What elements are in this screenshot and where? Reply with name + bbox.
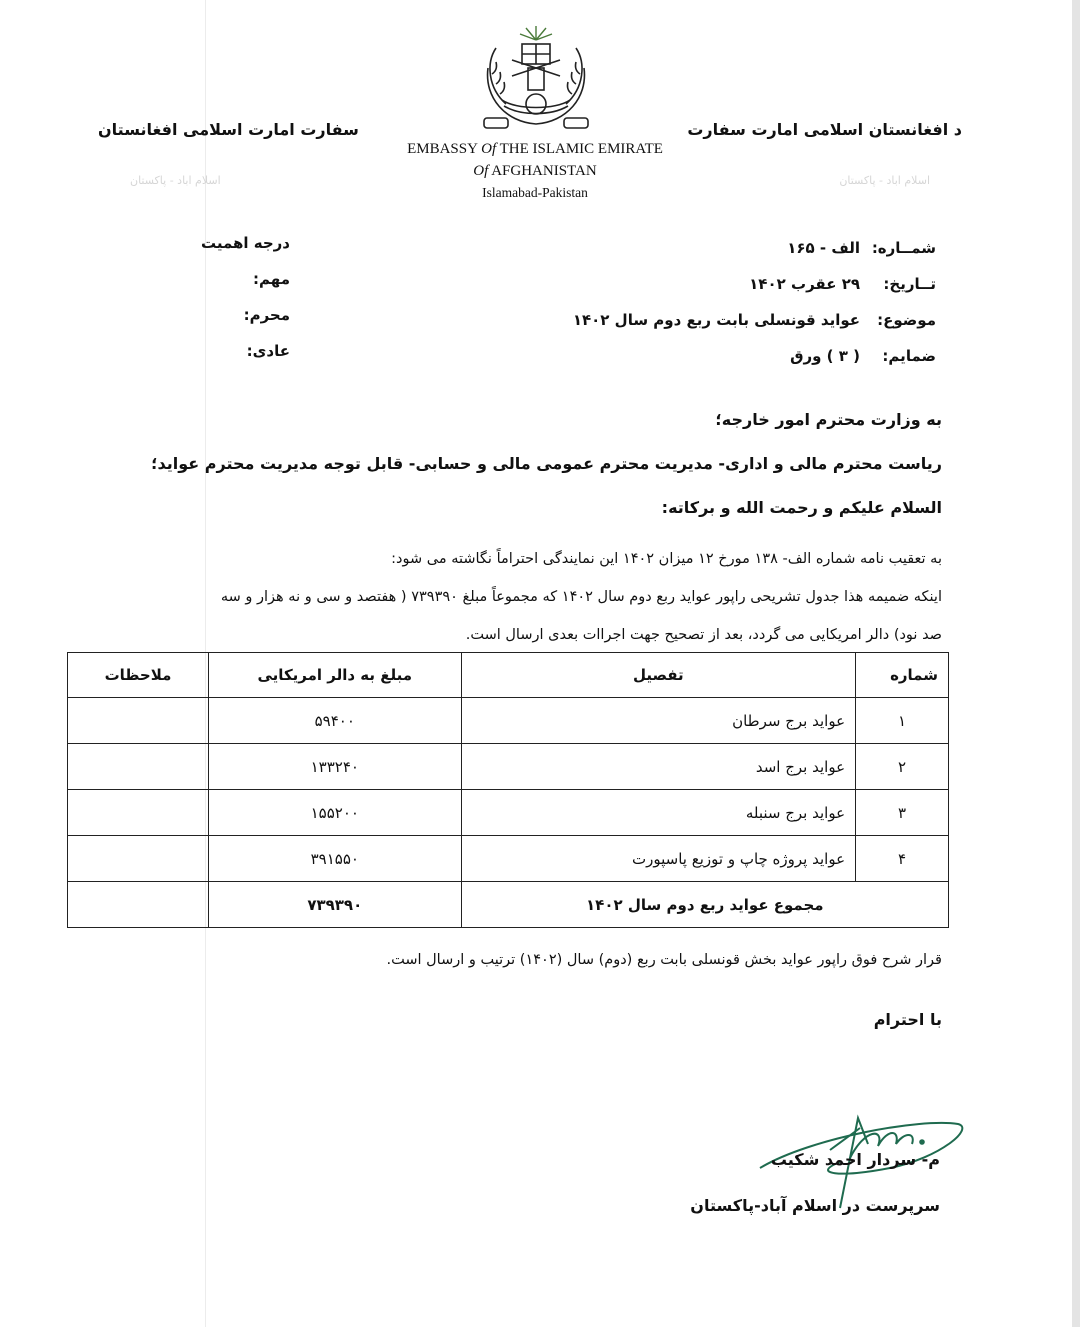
header-remarks: ملاحظات <box>68 653 209 698</box>
signer-role: سرپرست در اسلام آباد-پاکستان <box>690 1196 940 1215</box>
signer-name: م- سردار احمد شکیب <box>771 1150 940 1169</box>
faded-subtitle-right: اسلام اباد - پاکستان <box>839 174 930 187</box>
body-line-2: اینکه ضمیمه هذا جدول تشریحی راپور عواید … <box>92 578 942 616</box>
table-total-row: مجموع عواید ربع دوم سال ۱۴۰۲ ۷۳۹۳۹۰ <box>68 882 949 928</box>
table-row: ۲ عواید برج اسد ۱۳۳۲۴۰ <box>68 744 949 790</box>
letter-meta: شمــاره: الف - ۱۶۵ تــاریخ: ۲۹ عقرب ۱۴۰۲… <box>536 230 936 374</box>
addressee-line: به وزارت محترم امور خارجه؛ <box>122 398 942 442</box>
meta-attachments: ضمایم: ( ۳ ) ورق <box>536 338 936 374</box>
priority-block: درجه اهمیت مهم: محرم: عادی: <box>160 230 290 374</box>
table-row: ۴ عواید پروژه چاپ و توزیع پاسپورت ۳۹۱۵۵۰ <box>68 836 949 882</box>
body-line-1: به تعقیب نامه شماره الف- ۱۳۸ مورخ ۱۲ میز… <box>92 540 942 578</box>
total-amount: ۷۳۹۳۹۰ <box>208 882 461 928</box>
faded-subtitle-left: اسلام اباد - پاکستان <box>130 174 221 187</box>
meta-date: تــاریخ: ۲۹ عقرب ۱۴۰۲ <box>536 266 936 302</box>
closing-text: قرار شرح فوق راپور عواید بخش قونسلی بابت… <box>387 952 943 968</box>
salutation: به وزارت محترم امور خارجه؛ ریاست محترم م… <box>122 398 942 530</box>
revenue-table: شماره تفصیل مبلغ به دالر امریکایی ملاحظا… <box>67 652 949 928</box>
emblem-icon <box>466 18 606 136</box>
priority-normal: عادی: <box>160 338 290 374</box>
header-number: شماره <box>856 653 949 698</box>
body-line-3: صد نود) دالر امریکایی می گردد، بعد از تص… <box>92 616 942 654</box>
header-detail: تفصیل <box>461 653 855 698</box>
letter-body: به تعقیب نامه شماره الف- ۱۳۸ مورخ ۱۲ میز… <box>92 540 942 654</box>
greeting-line: السلام علیکم و رحمت الله و برکاته: <box>122 486 942 530</box>
dari-letterhead-title: سفارت امارت اسلامی افغانستان <box>98 120 359 139</box>
priority-title: درجه اهمیت <box>160 230 290 266</box>
pashto-letterhead-title: د افغانستان اسلامی امارت سفارت <box>687 120 962 139</box>
meta-number: شمــاره: الف - ۱۶۵ <box>536 230 936 266</box>
table-header-row: شماره تفصیل مبلغ به دالر امریکایی ملاحظا… <box>68 653 949 698</box>
english-letterhead: EMBASSY Of THE ISLAMIC EMIRATE Of AFGHAN… <box>360 138 710 204</box>
table-row: ۳ عواید برج سنبله ۱۵۵۲۰۰ <box>68 790 949 836</box>
table-row: ۱ عواید برج سرطان ۵۹۴۰۰ <box>68 698 949 744</box>
meta-subject: موضوع: عواید قونسلی بابت ربع دوم سال ۱۴۰… <box>536 302 936 338</box>
total-label: مجموع عواید ربع دوم سال ۱۴۰۲ <box>461 882 948 928</box>
priority-confidential: محرم: <box>160 302 290 338</box>
page-edge-strip <box>1072 0 1080 1327</box>
priority-important: مهم: <box>160 266 290 302</box>
regards: با احترام <box>874 1010 942 1029</box>
department-line: ریاست محترم مالی و اداری- مدیریت محترم ع… <box>122 442 942 486</box>
header-amount: مبلغ به دالر امریکایی <box>208 653 461 698</box>
